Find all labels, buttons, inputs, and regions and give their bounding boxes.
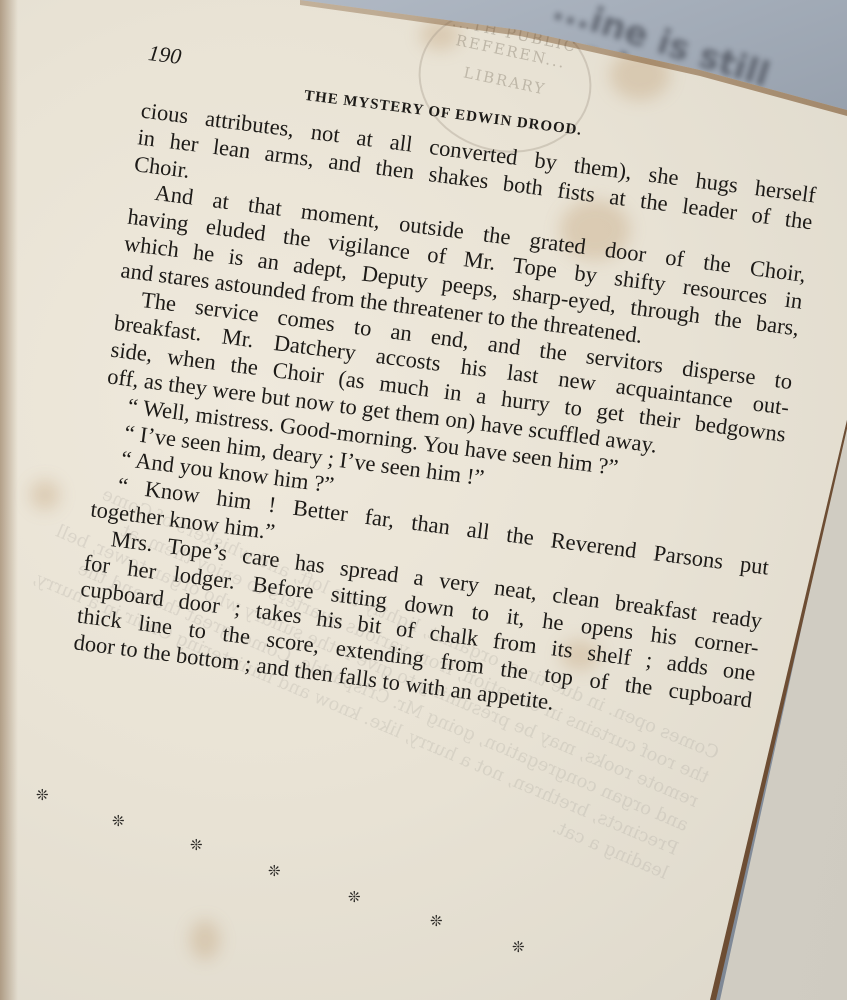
- asterism-icon: ❊: [112, 812, 125, 830]
- asterism-icon: ❊: [268, 862, 281, 880]
- asterism-icon: ❊: [190, 836, 203, 854]
- asterism-icon: ❊: [430, 912, 443, 930]
- asterism-icon: ❊: [512, 938, 525, 956]
- section-break-ornaments: ❊ ❊ ❊ ❊ ❊ ❊ ❊: [0, 0, 847, 1000]
- asterism-icon: ❊: [36, 786, 49, 804]
- asterism-icon: ❊: [348, 888, 361, 906]
